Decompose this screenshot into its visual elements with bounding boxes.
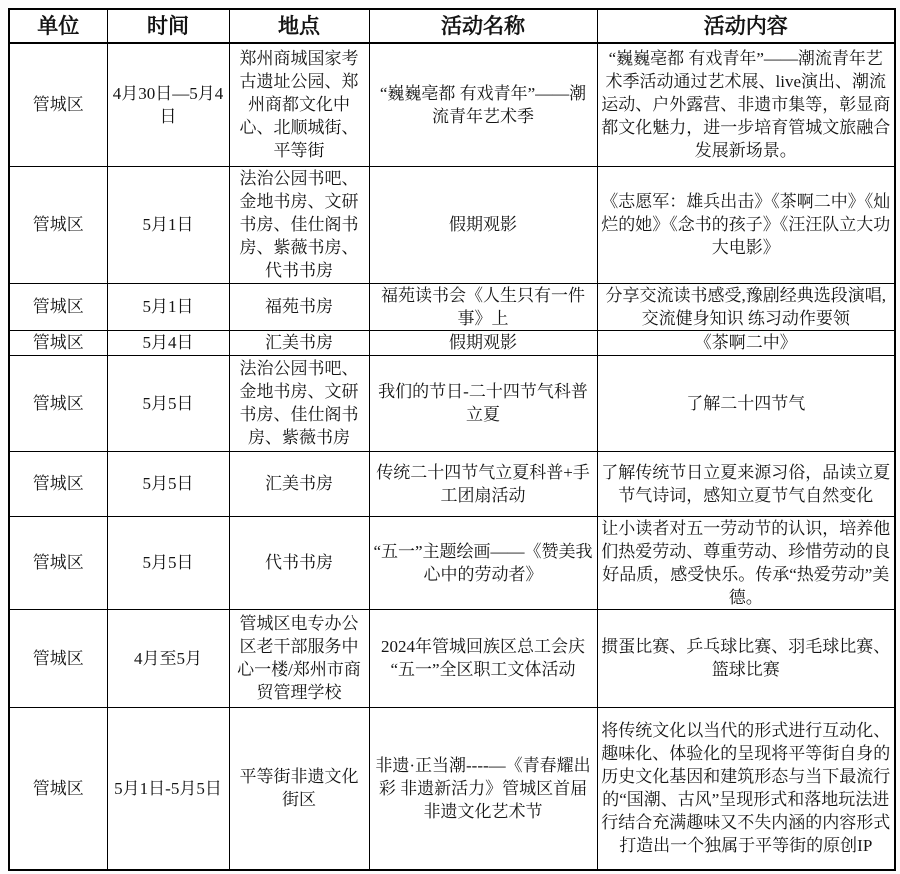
cell-unit: 管城区 — [9, 355, 107, 451]
cell-activity-content: 《茶啊二中》 — [597, 330, 895, 355]
cell-time: 5月5日 — [107, 516, 229, 609]
cell-time: 5月4日 — [107, 330, 229, 355]
column-header-activity-content: 活动内容 — [597, 9, 895, 43]
table-row: 管城区 5月4日 汇美书房 假期观影 《茶啊二中》 — [9, 330, 895, 355]
cell-place: 管城区电专办公区老干部服务中心一楼/郑州市商贸管理学校 — [229, 609, 369, 707]
cell-place: 福苑书房 — [229, 283, 369, 330]
table-row: 管城区 4月30日—5月4日 郑州商城国家考古遗址公园、郑州商都文化中心、北顺城… — [9, 43, 895, 166]
table-row: 管城区 5月1日 法治公园书吧、金地书房、文研书房、佳仕阁书房、紫薇书房、代书书… — [9, 166, 895, 283]
cell-activity-content: 将传统文化以当代的形式进行互动化、趣味化、体验化的呈现将平等街自身的历史文化基因… — [597, 707, 895, 870]
cell-time: 4月至5月 — [107, 609, 229, 707]
table-row: 管城区 5月5日 法治公园书吧、金地书房、文研书房、佳仕阁书房、紫薇书房 我们的… — [9, 355, 895, 451]
cell-activity-content: 分享交流读书感受,豫剧经典选段演唱,交流健身知识 练习动作要领 — [597, 283, 895, 330]
header-row: 单位 时间 地点 活动名称 活动内容 — [9, 9, 895, 43]
cell-unit: 管城区 — [9, 609, 107, 707]
cell-unit: 管城区 — [9, 707, 107, 870]
table-row: 管城区 5月5日 代书书房 “五一”主题绘画——《赞美我心中的劳动者》 让小读者… — [9, 516, 895, 609]
cell-activity-name: 假期观影 — [369, 166, 597, 283]
cell-activity-content: “巍巍亳都 有戏青年”——潮流青年艺术季活动通过艺术展、live演出、潮流运动、… — [597, 43, 895, 166]
cell-place: 平等街非遗文化街区 — [229, 707, 369, 870]
cell-place: 法治公园书吧、金地书房、文研书房、佳仕阁书房、紫薇书房 — [229, 355, 369, 451]
cell-place: 汇美书房 — [229, 330, 369, 355]
cell-unit: 管城区 — [9, 451, 107, 516]
cell-activity-name: 假期观影 — [369, 330, 597, 355]
cell-activity-content: 让小读者对五一劳动节的认识，培养他们热爱劳动、尊重劳动、珍惜劳动的良好品质，感受… — [597, 516, 895, 609]
column-header-time: 时间 — [107, 9, 229, 43]
cell-activity-content: 掼蛋比赛、乒乓球比赛、羽毛球比赛、篮球比赛 — [597, 609, 895, 707]
table-row: 管城区 5月1日-5月5日 平等街非遗文化街区 非遗·正当潮----—《青春耀出… — [9, 707, 895, 870]
events-table: 单位 时间 地点 活动名称 活动内容 管城区 4月30日—5月4日 郑州商城国家… — [8, 8, 896, 871]
cell-place: 汇美书房 — [229, 451, 369, 516]
cell-unit: 管城区 — [9, 516, 107, 609]
cell-time: 5月1日-5月5日 — [107, 707, 229, 870]
cell-unit: 管城区 — [9, 283, 107, 330]
cell-activity-content: 了解传统节日立夏来源习俗，品读立夏节气诗词，感知立夏节气自然变化 — [597, 451, 895, 516]
cell-unit: 管城区 — [9, 43, 107, 166]
cell-activity-name: 我们的节日-二十四节气科普立夏 — [369, 355, 597, 451]
cell-place: 法治公园书吧、金地书房、文研书房、佳仕阁书房、紫薇书房、代书书房 — [229, 166, 369, 283]
cell-unit: 管城区 — [9, 330, 107, 355]
cell-activity-content: 了解二十四节气 — [597, 355, 895, 451]
table-row: 管城区 4月至5月 管城区电专办公区老干部服务中心一楼/郑州市商贸管理学校 20… — [9, 609, 895, 707]
cell-activity-name: 2024年管城回族区总工会庆“五一”全区职工文体活动 — [369, 609, 597, 707]
table-row: 管城区 5月1日 福苑书房 福苑读书会《人生只有一件事》上 分享交流读书感受,豫… — [9, 283, 895, 330]
cell-place: 代书书房 — [229, 516, 369, 609]
column-header-unit: 单位 — [9, 9, 107, 43]
cell-activity-name: 非遗·正当潮----—《青春耀出彩 非遗新活力》管城区首届非遗文化艺术节 — [369, 707, 597, 870]
document-page: 单位 时间 地点 活动名称 活动内容 管城区 4月30日—5月4日 郑州商城国家… — [0, 0, 900, 874]
cell-time: 5月5日 — [107, 451, 229, 516]
column-header-activity-name: 活动名称 — [369, 9, 597, 43]
cell-activity-name: 传统二十四节气立夏科普+手工团扇活动 — [369, 451, 597, 516]
column-header-place: 地点 — [229, 9, 369, 43]
table-row: 管城区 5月5日 汇美书房 传统二十四节气立夏科普+手工团扇活动 了解传统节日立… — [9, 451, 895, 516]
cell-place: 郑州商城国家考古遗址公园、郑州商都文化中心、北顺城街、平等街 — [229, 43, 369, 166]
cell-activity-name: “巍巍亳都 有戏青年”——潮流青年艺术季 — [369, 43, 597, 166]
cell-unit: 管城区 — [9, 166, 107, 283]
cell-time: 5月5日 — [107, 355, 229, 451]
cell-activity-name: “五一”主题绘画——《赞美我心中的劳动者》 — [369, 516, 597, 609]
cell-time: 4月30日—5月4日 — [107, 43, 229, 166]
cell-time: 5月1日 — [107, 283, 229, 330]
cell-time: 5月1日 — [107, 166, 229, 283]
cell-activity-content: 《志愿军：雄兵出击》《茶啊二中》《灿烂的她》《念书的孩子》《汪汪队立大功大电影》 — [597, 166, 895, 283]
cell-activity-name: 福苑读书会《人生只有一件事》上 — [369, 283, 597, 330]
